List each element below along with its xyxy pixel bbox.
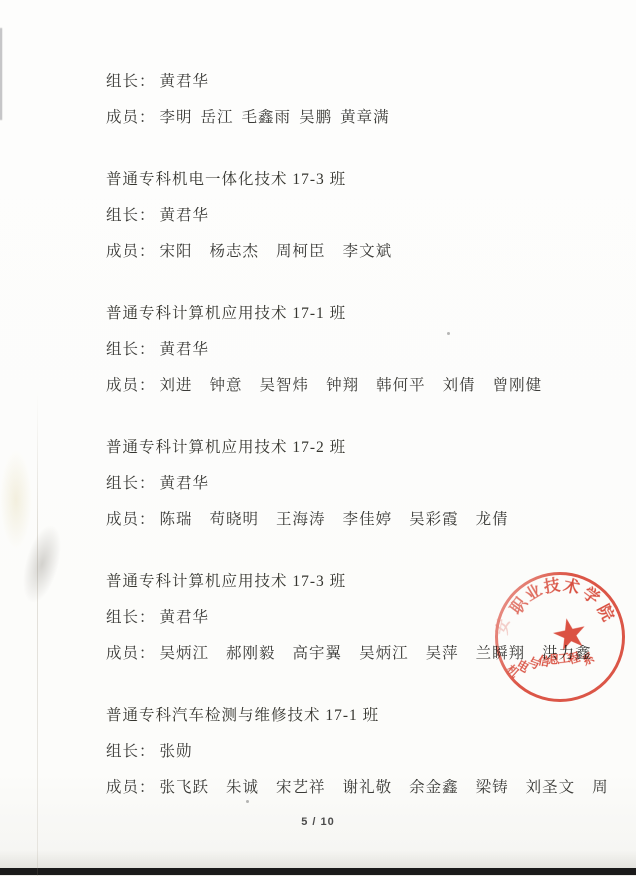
leader-name: 黄君华 [160, 207, 210, 224]
class-group-block: 普通专科计算机应用技术 17-2 班组长：黄君华成员：陈瑞苟晓明王海涛李佳婷吴彩… [106, 430, 626, 538]
member-name: 朱诚 [226, 770, 259, 806]
member-name: 李文斌 [343, 234, 393, 270]
members-label: 成员： [106, 109, 156, 126]
scan-edge-bottom-shadow [0, 850, 636, 868]
class-group-block: 普通专科计算机应用技术 17-3 班组长：黄君华成员：吴炳江郝刚毅高宇翼吴炳江吴… [106, 564, 626, 672]
leader-line: 组长：黄君华 [106, 466, 626, 502]
document-page: 组长：黄君华成员：李明岳江毛鑫雨吴鹏黄章满普通专科机电一体化技术 17-3 班组… [0, 0, 636, 876]
scan-crease-left [37, 390, 38, 876]
leader-name: 黄君华 [160, 73, 210, 90]
leader-name: 黄君华 [160, 341, 210, 358]
leader-line: 组长：黄君华 [106, 64, 626, 100]
leader-label: 组长： [106, 609, 156, 626]
member-name: 黄章满 [340, 100, 390, 136]
member-name: 曾刚健 [493, 368, 543, 404]
group-list: 组长：黄君华成员：李明岳江毛鑫雨吴鹏黄章满普通专科机电一体化技术 17-3 班组… [106, 64, 626, 806]
member-name: 龙倩 [476, 502, 509, 538]
scan-edge-left [0, 28, 2, 120]
member-name: 吴彩霞 [409, 502, 459, 538]
member-name: 钟翔 [326, 368, 359, 404]
leader-name: 张勋 [160, 743, 193, 760]
member-name: 洪力鑫 [542, 636, 592, 672]
leader-label: 组长： [106, 475, 156, 492]
member-name: 吴萍 [426, 636, 459, 672]
member-name: 毛鑫雨 [242, 100, 292, 136]
member-name: 吴鹏 [299, 100, 332, 136]
member-name: 张飞跃 [160, 770, 210, 806]
member-name: 刘倩 [443, 368, 476, 404]
member-name: 兰瞬翔 [476, 636, 526, 672]
members-label: 成员： [106, 243, 156, 260]
member-name: 宋阳 [160, 234, 193, 270]
group-title: 普通专科计算机应用技术 17-2 班 [106, 430, 626, 466]
scan-edge-bottom [0, 868, 636, 875]
scan-smudge-yellow [0, 450, 32, 550]
member-name: 谢礼敬 [343, 770, 393, 806]
leader-line: 组长：张勋 [106, 734, 626, 770]
members-label: 成员： [106, 377, 156, 394]
leader-label: 组长： [106, 743, 156, 760]
leader-name: 黄君华 [160, 609, 210, 626]
member-name: 梁铸 [476, 770, 509, 806]
members-line: 成员：吴炳江郝刚毅高宇翼吴炳江吴萍兰瞬翔洪力鑫 [106, 636, 626, 672]
leader-label: 组长： [106, 73, 156, 90]
class-group-block: 普通专科汽车检测与维修技术 17-1 班组长：张勋成员：张飞跃朱诚宋艺祥谢礼敬余… [106, 698, 626, 806]
member-name: 高宇翼 [293, 636, 343, 672]
member-name: 陈瑞 [160, 502, 193, 538]
member-name: 余金鑫 [409, 770, 459, 806]
member-name: 苟晓明 [210, 502, 260, 538]
members-line: 成员：宋阳杨志杰周柯臣李文斌 [106, 234, 626, 270]
leader-line: 组长：黄君华 [106, 198, 626, 234]
member-name: 李明 [160, 100, 193, 136]
leader-label: 组长： [106, 341, 156, 358]
member-name: 杨志杰 [210, 234, 260, 270]
scan-speck [246, 800, 249, 803]
member-name: 吴智炜 [260, 368, 310, 404]
member-name: 刘进 [160, 368, 193, 404]
member-name: 周柯臣 [276, 234, 326, 270]
page-number: 5 / 10 [0, 814, 636, 830]
leader-name: 黄君华 [160, 475, 210, 492]
member-name: 岳江 [201, 100, 234, 136]
members-line: 成员：李明岳江毛鑫雨吴鹏黄章满 [106, 100, 626, 136]
members-line: 成员：张飞跃朱诚宋艺祥谢礼敬余金鑫梁铸刘圣文周 [106, 770, 626, 806]
class-group-block: 组长：黄君华成员：李明岳江毛鑫雨吴鹏黄章满 [106, 64, 626, 136]
member-name: 李佳婷 [343, 502, 393, 538]
member-name: 郝刚毅 [226, 636, 276, 672]
member-name: 宋艺祥 [276, 770, 326, 806]
class-group-block: 普通专科计算机应用技术 17-1 班组长：黄君华成员：刘进钟意吴智炜钟翔韩何平刘… [106, 296, 626, 404]
members-line: 成员：陈瑞苟晓明王海涛李佳婷吴彩霞龙倩 [106, 502, 626, 538]
members-label: 成员： [106, 645, 156, 662]
member-name: 韩何平 [376, 368, 426, 404]
class-group-block: 普通专科机电一体化技术 17-3 班组长：黄君华成员：宋阳杨志杰周柯臣李文斌 [106, 162, 626, 270]
group-title: 普通专科汽车检测与维修技术 17-1 班 [106, 698, 626, 734]
group-title: 普通专科机电一体化技术 17-3 班 [106, 162, 626, 198]
members-label: 成员： [106, 511, 156, 528]
member-name: 钟意 [210, 368, 243, 404]
member-name: 吴炳江 [160, 636, 210, 672]
leader-line: 组长：黄君华 [106, 332, 626, 368]
group-title: 普通专科计算机应用技术 17-3 班 [106, 564, 626, 600]
member-name: 吴炳江 [359, 636, 409, 672]
members-line: 成员：刘进钟意吴智炜钟翔韩何平刘倩曾刚健 [106, 368, 626, 404]
member-name: 刘圣文 [526, 770, 576, 806]
leader-label: 组长： [106, 207, 156, 224]
members-label: 成员： [106, 779, 156, 796]
member-name: 王海涛 [276, 502, 326, 538]
member-name: 周 [592, 770, 609, 806]
scan-speck [447, 332, 450, 335]
leader-line: 组长：黄君华 [106, 600, 626, 636]
group-title: 普通专科计算机应用技术 17-1 班 [106, 296, 626, 332]
